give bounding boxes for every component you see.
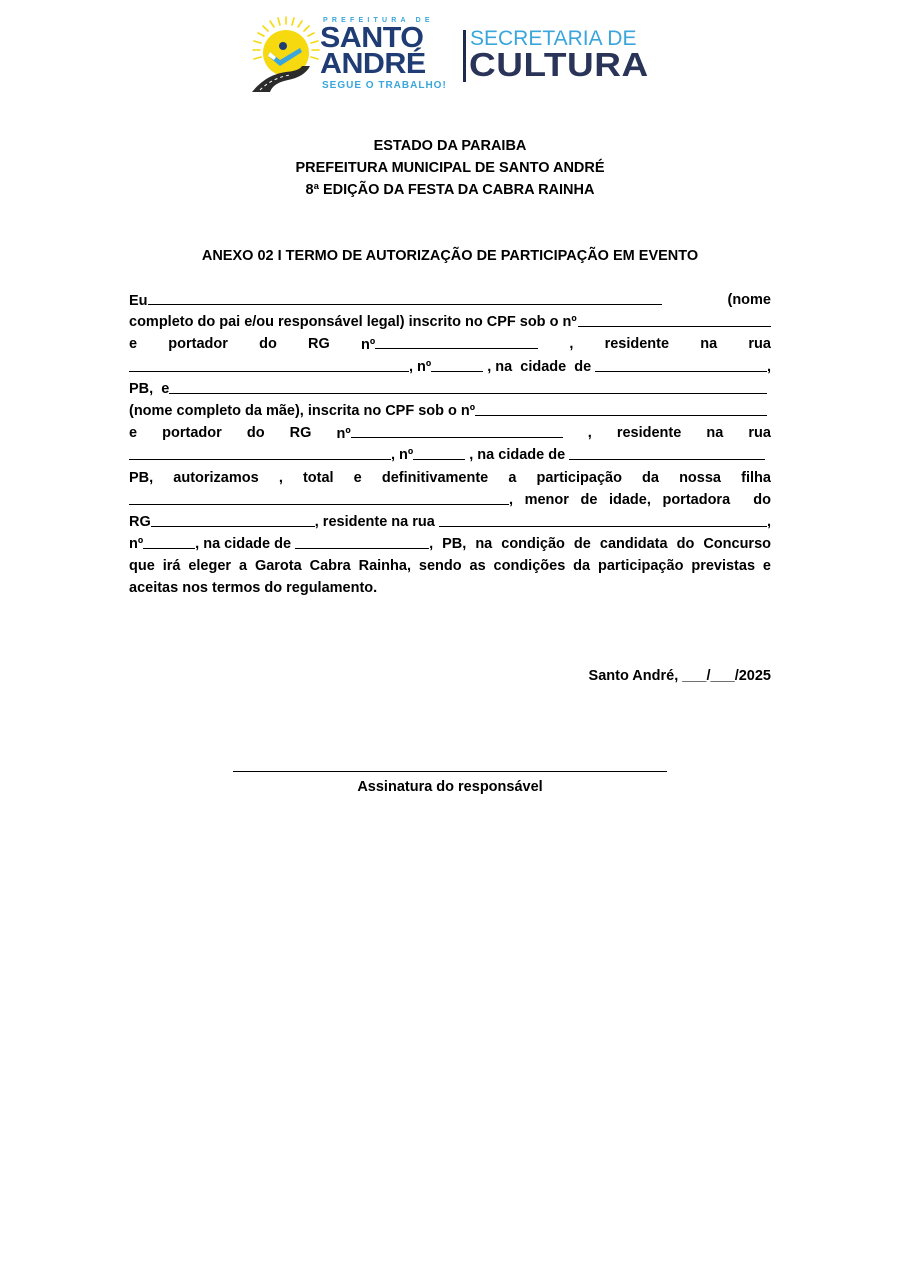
father-street-field[interactable] xyxy=(129,356,409,372)
document-header: ESTADO DA PARAIBA PREFEITURA MUNICIPAL D… xyxy=(0,135,900,201)
body-line-11: RG , residente na rua , xyxy=(129,511,771,533)
body-line-1: Eu (nome xyxy=(129,289,771,311)
daughter-rg-field[interactable] xyxy=(151,511,315,527)
body-line-9: PB, autorizamos , total e definitivament… xyxy=(129,467,771,489)
logo-divider xyxy=(463,30,466,82)
body-line-2: completo do pai e/ou responsável legal) … xyxy=(129,311,771,333)
daughter-number-field[interactable] xyxy=(143,533,195,549)
mother-city-field[interactable] xyxy=(569,444,765,460)
daughter-name-field[interactable] xyxy=(129,489,509,505)
state-title: ESTADO DA PARAIBA xyxy=(0,135,900,157)
father-name-field[interactable] xyxy=(148,289,662,305)
father-cpf-field[interactable] xyxy=(578,311,771,327)
santo-andre-logo: PREFEITURA DE SANTO ANDRÉ SEGUE O TRABAL… xyxy=(250,14,435,94)
body-line-6: (nome completo da mãe), inscrita no CPF … xyxy=(129,400,771,422)
body-line-10: , menor de idade, portadora do xyxy=(129,489,771,511)
signature-label: Assinatura do responsável xyxy=(0,776,900,798)
body-line-14: aceitas nos termos do regulamento. xyxy=(129,577,771,599)
day-field[interactable]: ___ xyxy=(682,668,706,684)
authorization-paragraph: Eu (nome completo do pai e/ou responsáve… xyxy=(129,289,771,600)
father-rg-field[interactable] xyxy=(375,333,538,349)
father-number-field[interactable] xyxy=(431,356,483,372)
body-line-7: e portador do RG nº , residente na rua xyxy=(129,422,771,444)
body-line-8: , nº , na cidade de xyxy=(129,444,771,466)
document-page: PREFEITURA DE SANTO ANDRÉ SEGUE O TRABAL… xyxy=(0,0,900,1273)
daughter-city-field[interactable] xyxy=(295,533,429,549)
mother-number-field[interactable] xyxy=(413,444,465,460)
month-field[interactable]: ___ xyxy=(711,668,735,684)
mother-cpf-field[interactable] xyxy=(475,400,767,416)
event-title: 8ª EDIÇÃO DA FESTA DA CABRA RAINHA xyxy=(0,179,900,201)
signature-line[interactable] xyxy=(233,771,667,772)
annex-title: ANEXO 02 I TERMO DE AUTORIZAÇÃO DE PARTI… xyxy=(0,245,900,267)
body-line-5: PB, e xyxy=(129,378,771,400)
sun-road-icon xyxy=(250,14,325,94)
date-line: Santo André, ___/___/2025 xyxy=(589,665,771,687)
logo-andre-text: ANDRÉ xyxy=(320,50,426,79)
cultura-text: CULTURA xyxy=(469,48,649,81)
mother-street-field[interactable] xyxy=(129,444,391,460)
body-line-12: nº , na cidade de , PB, na condição de c… xyxy=(129,533,771,555)
body-line-13: que irá eleger a Garota Cabra Rainha, se… xyxy=(129,555,771,577)
daughter-street-field[interactable] xyxy=(439,511,767,527)
father-city-field[interactable] xyxy=(595,356,767,372)
municipality-title: PREFEITURA MUNICIPAL DE SANTO ANDRÉ xyxy=(0,157,900,179)
body-line-4: , nº , na cidade de , xyxy=(129,356,771,378)
body-line-3: e portador do RG nº , residente na rua xyxy=(129,333,771,355)
logo-slogan-text: SEGUE O TRABALHO! xyxy=(322,80,447,91)
mother-rg-field[interactable] xyxy=(351,422,563,438)
header-logos: PREFEITURA DE SANTO ANDRÉ SEGUE O TRABAL… xyxy=(250,14,650,94)
mother-name-field[interactable] xyxy=(169,378,767,394)
